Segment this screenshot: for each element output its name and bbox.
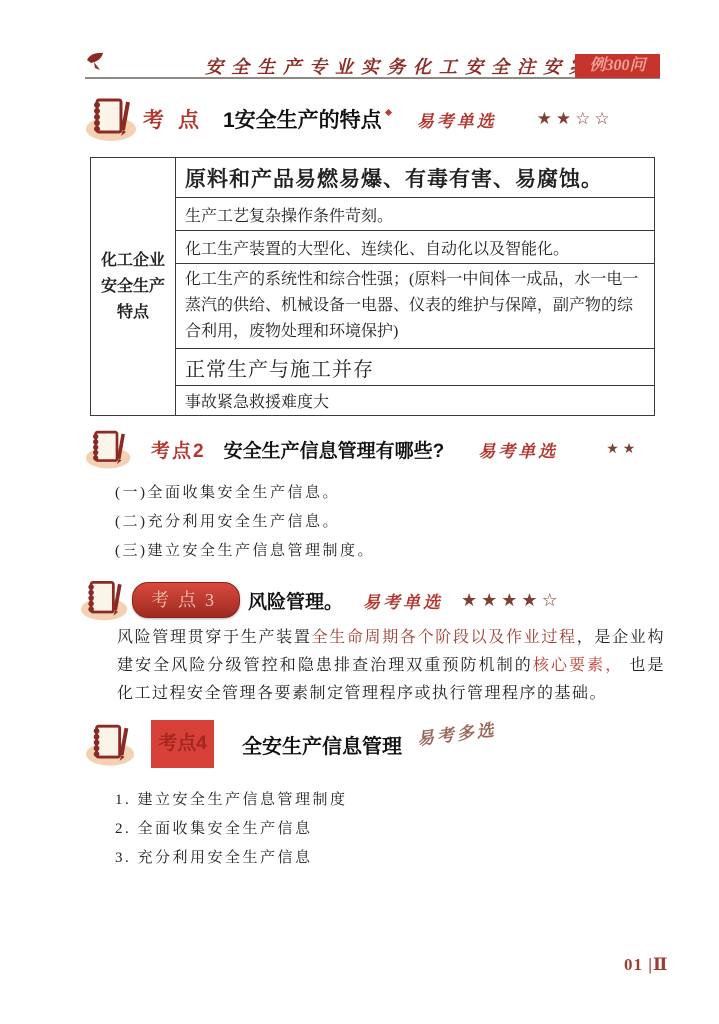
- header-badge: 例300问: [575, 54, 660, 78]
- notebook-pencil-icon: [85, 722, 137, 767]
- page-number: 01 |Ⅱ: [624, 955, 668, 975]
- paragraph-highlight: 核心要素，: [533, 657, 623, 674]
- kaodian-4-exam-type: 易考多选: [415, 715, 497, 750]
- kaodian-2-label: 考点2: [151, 436, 206, 463]
- paragraph-text: 风险管理贯穿于生产装置: [117, 629, 312, 646]
- table-row: 化工生产装置的大型化、连续化、自动化以及智能化。: [176, 231, 654, 264]
- list-item: (一)全面收集安全生产信息。: [115, 479, 375, 508]
- notebook-pencil-icon: [85, 96, 139, 142]
- table-row: 原料和产品易燃易爆、有毒有害、易腐蚀。: [176, 158, 654, 198]
- red-tick-icon: [385, 108, 392, 115]
- kaodian-2-exam-type: 易考单选: [478, 437, 558, 462]
- section-kaodian-1: 考点 1安全生产的特点 易考单选 ★★☆☆: [85, 96, 614, 142]
- document-page: 安全生产专业实务化工安全注安案 例300问 考点 1安全生产的特点 易考单选 ★…: [0, 0, 719, 1024]
- notebook-pencil-icon: [85, 428, 133, 470]
- list-item: 3. 充分利用安全生产信息: [115, 844, 348, 873]
- section-kaodian-3: 考点3 风险管理。 易考单选 ★★★★☆: [80, 578, 562, 622]
- kaodian-3-paragraph: 风险管理贯穿于生产装置全生命周期各个阶段以及作业过程，是企业构建安全风险分级管控…: [117, 624, 665, 708]
- list-item: (二)充分利用安全生产信息。: [115, 508, 375, 537]
- table-row: 化工生产的系统性和综合性强；(原料一中间体一成品，水一电一蒸汽的供给、机械设备一…: [176, 264, 654, 349]
- kaodian-1-exam-type: 易考单选: [417, 107, 497, 132]
- kaodian-2-title: 安全生产信息管理有哪些?: [224, 436, 445, 463]
- section-kaodian-4: 考点4 全安生产信息管理 易考多选: [85, 720, 498, 768]
- kaodian-3-badge: 考点3: [132, 582, 240, 618]
- header-title: 安全生产专业实务化工安全注安案: [205, 53, 575, 79]
- kaodian-1-title: 1安全生产的特点: [223, 104, 382, 134]
- list-item: 1. 建立安全生产信息管理制度: [115, 786, 348, 815]
- table-row-header: 化工企业安全生产特点: [91, 158, 176, 415]
- table-row: 生产工艺复杂操作条件苛刻。: [176, 198, 654, 231]
- kaodian-1-label: 考点: [143, 104, 213, 134]
- table-row: 事故紧急救援难度大: [176, 386, 654, 415]
- kaodian-3-exam-type: 易考单选: [363, 588, 443, 613]
- leaf-icon: [84, 50, 108, 74]
- kaodian-3-stars: ★★★★☆: [461, 590, 562, 611]
- list-item: (三)建立安全生产信息管理制度。: [115, 537, 375, 566]
- kaodian-4-badge: 考点4: [151, 720, 214, 768]
- table-row: 正常生产与施工并存: [176, 349, 654, 386]
- notebook-pencil-icon: [80, 578, 130, 622]
- kaodian-2-stars: ★★: [606, 441, 639, 457]
- kaodian-4-list: 1. 建立安全生产信息管理制度 2. 全面收集安全生产信息 3. 充分利用安全生…: [115, 786, 348, 873]
- kaodian-3-title: 风险管理。: [248, 587, 343, 614]
- paragraph-highlight: 全生命周期各个阶段以及作业过程: [312, 629, 577, 646]
- header-rule: [85, 77, 660, 79]
- kaodian-1-stars: ★★☆☆: [537, 109, 614, 129]
- list-item: 2. 全面收集安全生产信息: [115, 815, 348, 844]
- section-kaodian-2: 考点2 安全生产信息管理有哪些? 易考单选 ★★: [85, 428, 639, 470]
- kaodian-4-title: 全安生产信息管理: [242, 730, 402, 759]
- features-table: 化工企业安全生产特点 原料和产品易燃易爆、有毒有害、易腐蚀。 生产工艺复杂操作条…: [90, 157, 655, 416]
- kaodian-2-list: (一)全面收集安全生产信息。 (二)充分利用安全生产信息。 (三)建立安全生产信…: [115, 479, 375, 566]
